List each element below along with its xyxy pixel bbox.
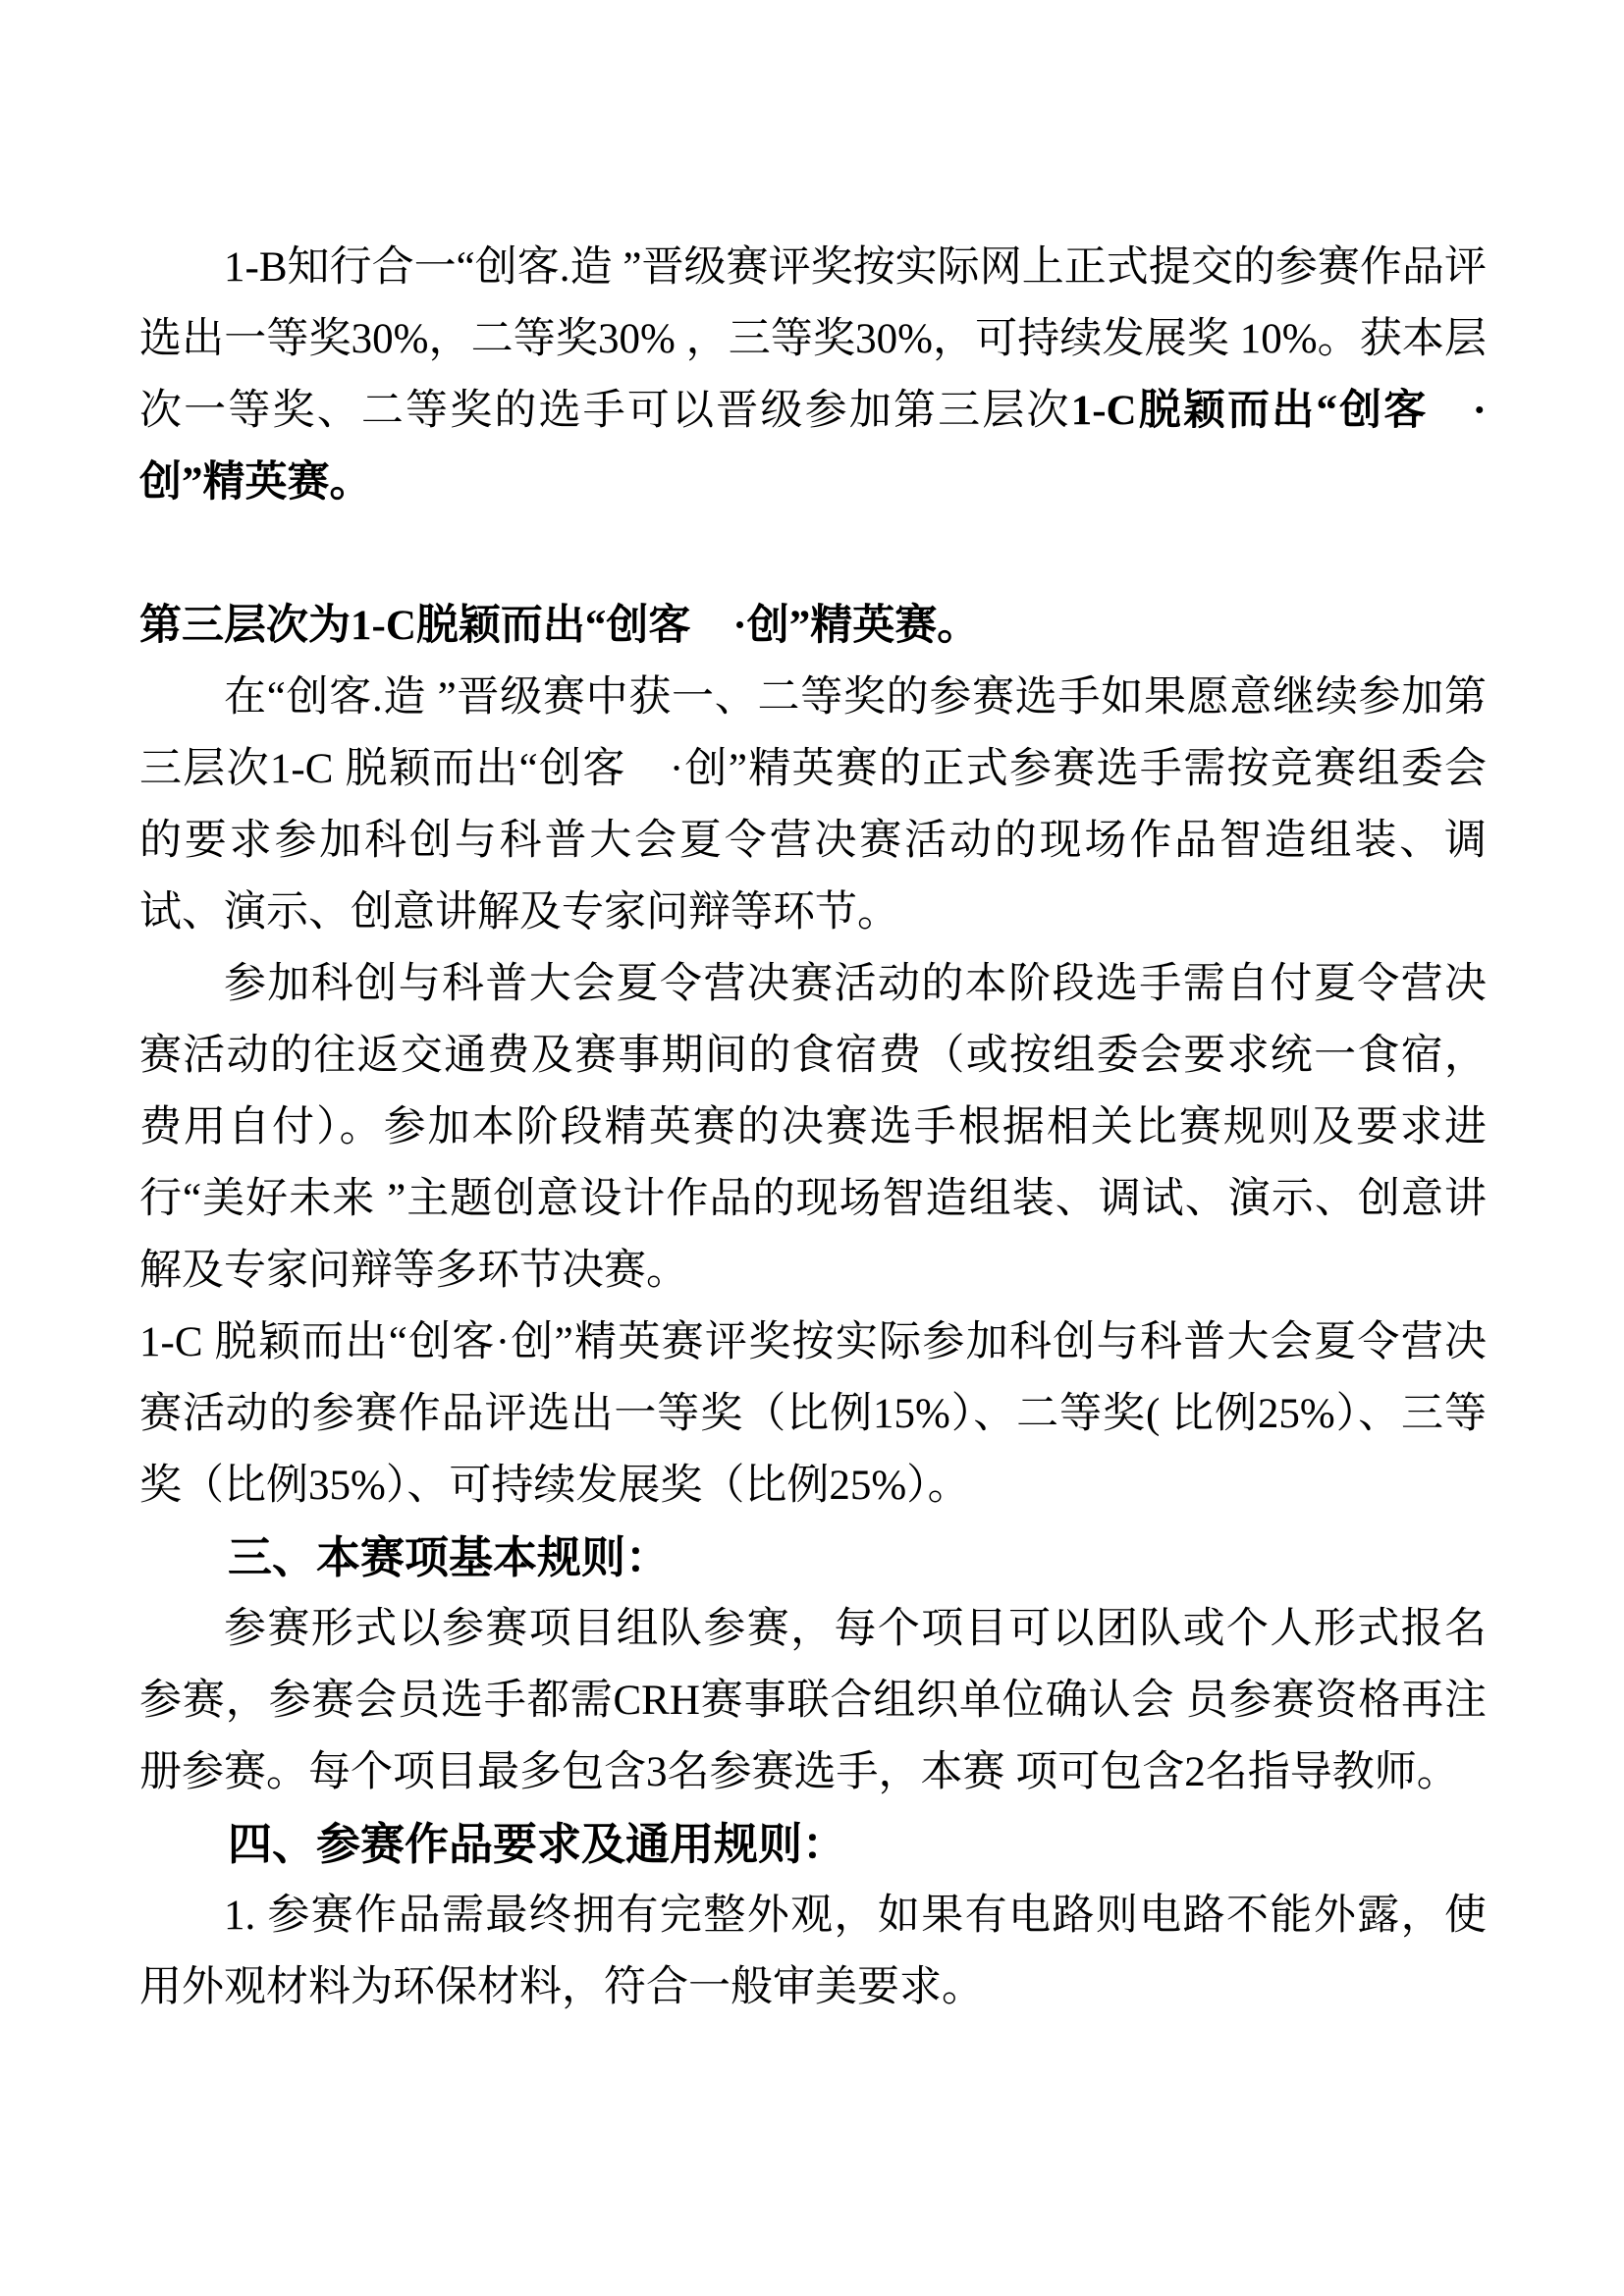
paragraph: 参加科创与科普大会夏令营决赛活动的本阶段选手需自付夏令营决赛活动的往返交通费及赛… [139, 948, 1487, 1307]
paragraph: 参赛形式以参赛项目组队参赛，每个项目可以团队或个人形式报名参赛，参赛会员选手都需… [139, 1593, 1487, 1808]
document-content: 1-B知行合一“创客.造 ”晋级赛评奖按实际网上正式提交的参赛作品评选出一等奖3… [139, 232, 1487, 2023]
text-run: 四、参赛作品要求及通用规则： [228, 1819, 846, 1869]
document-page: 1-B知行合一“创客.造 ”晋级赛评奖按实际网上正式提交的参赛作品评选出一等奖3… [0, 0, 1624, 2296]
paragraph: 1-C 脱颖而出“创客·创”精英赛评奖按实际参加科创与科普大会夏令营决赛活动的参… [139, 1307, 1487, 1522]
paragraph: 1. 参赛作品需最终拥有完整外观，如果有电路则电路不能外露，使用外观材料为环保材… [139, 1880, 1487, 2023]
section-heading: 四、参赛作品要求及通用规则： [139, 1808, 1487, 1880]
text-run: 第三层次为1-C脱颖而出“创客 ·创”精英赛。 [139, 603, 979, 649]
text-run: 1. 参赛作品需最终拥有完整外观，如果有电路则电路不能外露，使用外观材料为环保材… [139, 1893, 1487, 2010]
paragraph: 1-B知行合一“创客.造 ”晋级赛评奖按实际网上正式提交的参赛作品评选出一等奖3… [139, 232, 1487, 518]
paragraph: 在“创客.造 ”晋级赛中获一、二等奖的参赛选手如果愿意继续参加第三层次1-C 脱… [139, 662, 1487, 948]
text-run: 参赛形式以参赛项目组队参赛，每个项目可以团队或个人形式报名参赛，参赛会员选手都需… [139, 1606, 1487, 1795]
text-run: 三、本赛项基本规则： [228, 1532, 670, 1582]
section-heading: 三、本赛项基本规则： [139, 1522, 1487, 1593]
blank-line [139, 518, 1487, 590]
text-run: 1-C 脱颖而出“创客·创”精英赛评奖按实际参加科创与科普大会夏令营决赛活动的参… [139, 1319, 1487, 1509]
text-run: 在“创客.造 ”晋级赛中获一、二等奖的参赛选手如果愿意继续参加第三层次1-C 脱… [139, 674, 1487, 935]
level-heading: 第三层次为1-C脱颖而出“创客 ·创”精英赛。 [139, 590, 1487, 662]
text-run: 参加科创与科普大会夏令营决赛活动的本阶段选手需自付夏令营决赛活动的往返交通费及赛… [139, 961, 1487, 1294]
